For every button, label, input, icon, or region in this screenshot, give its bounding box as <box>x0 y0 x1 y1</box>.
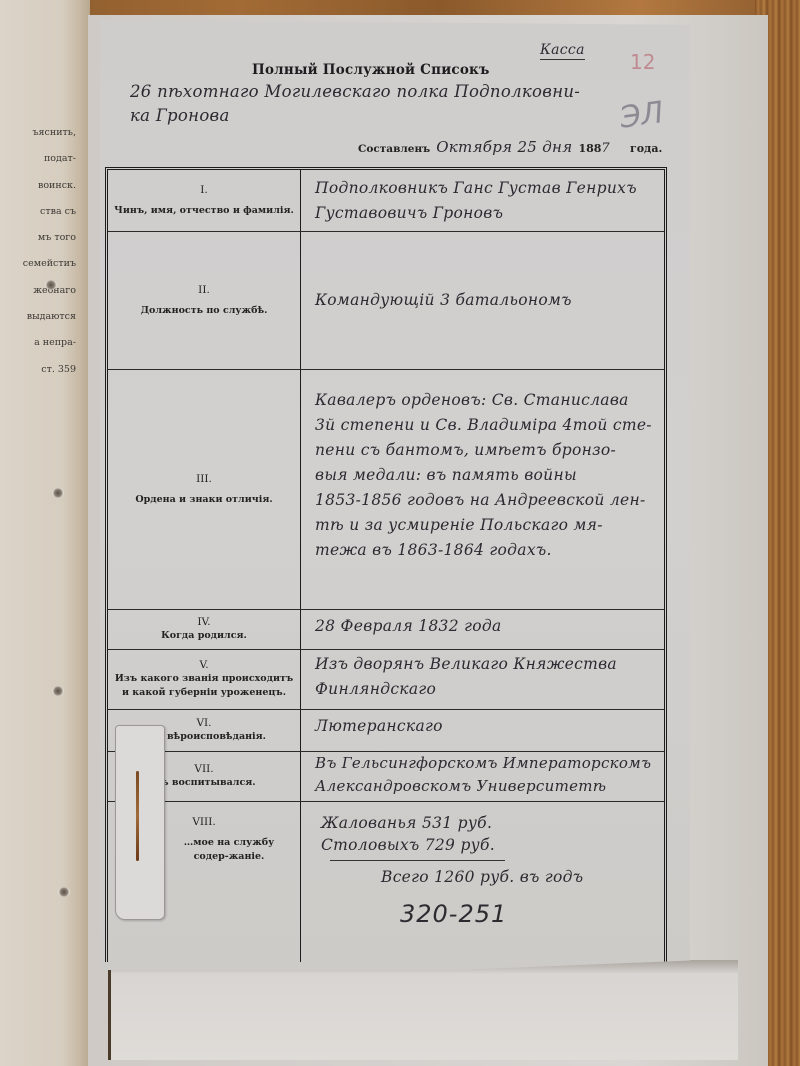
section-label: Ордена и знаки отличія. <box>135 493 272 507</box>
table-row: VII. …ѣ воспитывался. Въ Гельсингфорском… <box>108 752 664 802</box>
left-book-page: ъяснить, подат- воинск. ства съ мъ того … <box>0 0 90 1066</box>
archive-number: 320-251 <box>400 900 507 928</box>
section-label: …ѣ воспитывался. <box>152 776 255 790</box>
regiment-heading: 26 пѣхотнаго Могилевскаго полка Подполко… <box>130 80 670 128</box>
value-line: тежа въ 1863-1864 годахъ. <box>315 538 656 563</box>
compiled-date: Октября 25 дня <box>436 138 572 156</box>
section-label-cell: I. Чинъ, имя, отчество и фамилія. <box>108 170 301 231</box>
section-label-cell: V. Изъ какого званія происходитъ и какой… <box>108 650 301 709</box>
punch-hole <box>45 280 57 290</box>
section-label: Должность по службѣ. <box>141 304 268 318</box>
salary-line: Жалованья 531 руб. <box>321 812 656 834</box>
section-value-cell: Въ Гельсингфорскомъ Императорскомъ Алекс… <box>301 752 664 801</box>
section-number: IV. <box>197 616 210 628</box>
punch-hole <box>52 488 64 498</box>
paper-tag-with-string <box>115 725 165 920</box>
section-label-cell: II. Должность по службѣ. <box>108 232 301 369</box>
value-line: Подполковникъ Ганс Густав Генрихъ <box>315 176 656 201</box>
value-line: Командующій 3 батальономъ <box>315 288 572 313</box>
value-line: тѣ и за усмиреніе Польскаго мя- <box>315 513 656 538</box>
section-number: III. <box>196 473 212 485</box>
table-row: III. Ордена и знаки отличія. Кавалеръ ор… <box>108 370 664 610</box>
compiled-year-suffix: года. <box>630 142 662 155</box>
section-number: VII. <box>194 763 213 775</box>
value-line: Финляндскаго <box>315 677 656 702</box>
regiment-line-1: 26 пѣхотнаго Могилевскаго полка Подполко… <box>130 80 670 104</box>
table-row: IV. Когда родился. 28 Февраля 1832 года <box>108 610 664 650</box>
section-value-cell: Кавалеръ орденовъ: Св. Станислава 3й сте… <box>301 370 664 609</box>
section-label: …мое на службу содер-жаніе. <box>174 836 284 864</box>
section-label: Чинъ, имя, отчество и фамилія. <box>114 204 294 218</box>
table-row: V. Изъ какого званія происходитъ и какой… <box>108 650 664 710</box>
table-row: VI. …го вѣроисповѣданія. Лютеранскаго <box>108 710 664 752</box>
value-line: выя медали: въ память войны <box>315 463 656 488</box>
binding-string <box>136 771 139 861</box>
left-page-margin-text: ъяснить, подат- воинск. ства съ мъ того … <box>23 120 76 383</box>
section-label-cell: III. Ордена и знаки отличія. <box>108 370 301 609</box>
regiment-line-2: ка Гронова <box>130 104 670 128</box>
section-value-cell: Изъ дворянъ Великаго Княжества Финляндск… <box>301 650 664 709</box>
section-value-cell: 28 Февраля 1832 года <box>301 610 664 649</box>
underlying-sheet <box>108 960 738 1060</box>
section-number: VIII. <box>192 816 215 828</box>
compiled-date-row: Составленъ Октября 25 дня 1887 года. <box>358 138 678 156</box>
section-value-cell: Жалованья 531 руб. Столовыхъ 729 руб. Вс… <box>301 802 664 962</box>
salary-sum-rule <box>330 860 505 861</box>
table-row: II. Должность по службѣ. Командующій 3 б… <box>108 232 664 370</box>
service-record-table: I. Чинъ, имя, отчество и фамилія. Подпол… <box>105 167 667 962</box>
section-value-cell: Подполковникъ Ганс Густав Генрихъ Густав… <box>301 170 664 231</box>
value-line: Изъ дворянъ Великаго Княжества <box>315 652 656 677</box>
kassa-annotation: Касса <box>540 42 585 60</box>
table-row: VIII. …мое на службу содер-жаніе. Жалова… <box>108 802 664 962</box>
red-pencil-number: 12 <box>630 50 655 74</box>
salary-total-line: Всего 1260 руб. въ годъ <box>381 866 656 888</box>
value-line: Кавалеръ орденовъ: Св. Станислава <box>315 388 656 413</box>
value-line: 1853-1856 годовъ на Андреевской лен- <box>315 488 656 513</box>
punch-hole <box>58 887 70 897</box>
section-value-cell: Лютеранскаго <box>301 710 664 751</box>
section-value-cell: Командующій 3 батальономъ <box>301 232 664 369</box>
value-line: Александровскомъ Университетѣ <box>315 775 656 798</box>
value-line: 28 Февраля 1832 года <box>315 614 656 639</box>
value-line: 3й степени и Св. Владиміра 4той сте- <box>315 413 656 438</box>
table-row: I. Чинъ, имя, отчество и фамилія. Подпол… <box>108 170 664 232</box>
compiled-label: Составленъ <box>358 143 430 155</box>
document-title: Полный Послужной Списокъ <box>252 62 490 78</box>
service-record-document: Касса 12 ЭЛ Полный Послужной Списокъ 26 … <box>100 20 690 970</box>
table-money-line: Столовыхъ 729 руб. <box>321 834 656 856</box>
value-line: пени съ бантомъ, имѣетъ бронзо- <box>315 438 656 463</box>
section-number: I. <box>200 184 208 196</box>
value-line: Лютеранскаго <box>315 714 656 739</box>
section-number: V. <box>199 659 208 671</box>
value-line: Густавовичъ Гроновъ <box>315 201 656 226</box>
section-number: VI. <box>196 717 211 729</box>
section-number: II. <box>198 284 210 296</box>
section-label: Когда родился. <box>161 629 247 643</box>
value-line: Въ Гельсингфорскомъ Императорскомъ <box>315 752 656 775</box>
punch-hole <box>52 686 64 696</box>
compiled-year-handwritten: 7 <box>601 141 610 156</box>
compiled-year-printed: 188 <box>578 142 601 155</box>
section-label: Изъ какого званія происходитъ и какой гу… <box>114 672 294 700</box>
section-label-cell: IV. Когда родился. <box>108 610 301 649</box>
